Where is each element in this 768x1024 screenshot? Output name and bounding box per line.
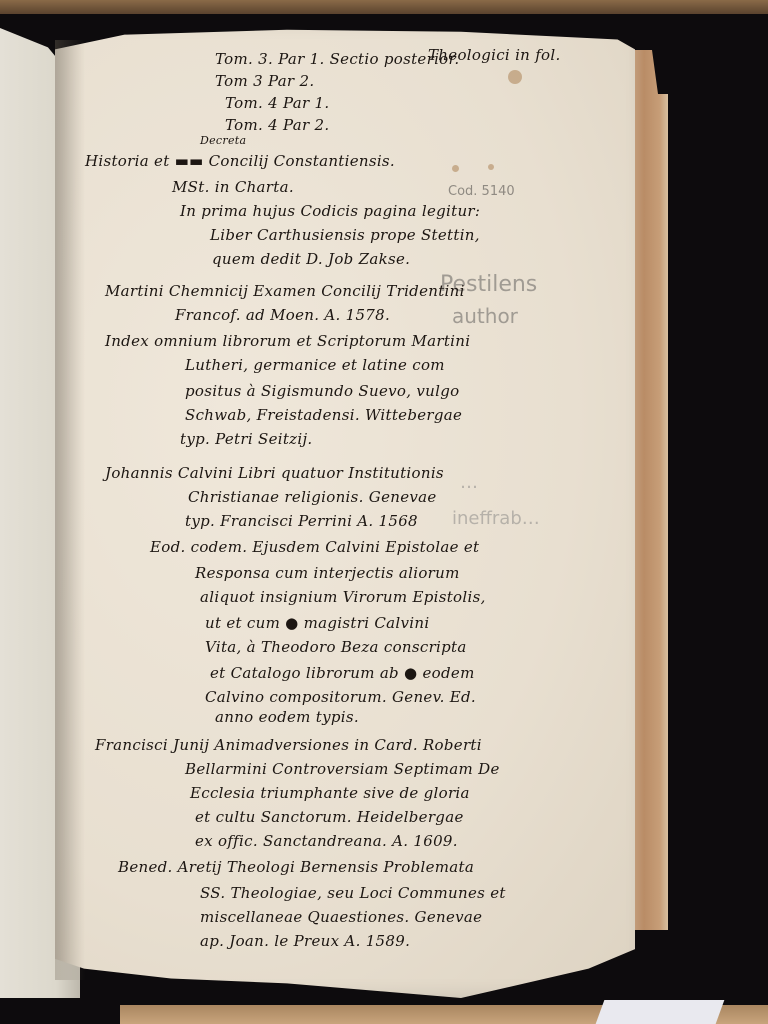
manuscript-line: Martini Chemnicij Examen Concilij Triden… <box>105 282 465 300</box>
manuscript-line: SS. Theologiae, seu Loci Communes et <box>200 884 506 902</box>
manuscript-line: positus à Sigismundo Suevo, vulgo <box>185 382 459 400</box>
manuscript-line: Christianae religionis. Genevae <box>188 488 437 506</box>
manuscript-line: Liber Carthusiensis prope Stettin, <box>210 226 480 244</box>
manuscript-line: Tom 3 Par 2. <box>215 72 314 90</box>
manuscript-line: Lutheri, germanice et latine com <box>185 356 445 374</box>
manuscript-line: Schwab, Freistadensi. Wittebergae <box>185 406 462 424</box>
ink-stain <box>452 165 459 172</box>
manuscript-line: Decreta <box>200 134 246 147</box>
manuscript-line: aliquot insignium Virorum Epistolis, <box>200 588 486 606</box>
manuscript-line: ap. Joan. le Preux A. 1589. <box>200 932 410 950</box>
manuscript-line: MSt. in Charta. <box>172 178 294 196</box>
manuscript-line: Historia et ▬▬ Concilij Constantiensis. <box>85 152 395 170</box>
manuscript-line: ex offic. Sanctandreana. A. 1609. <box>195 832 458 850</box>
manuscript-line: Responsa cum interjectis aliorum <box>195 564 460 582</box>
manuscript-line: Tom. 3. Par 1. Sectio posterior. <box>215 50 459 68</box>
gutter-shadow <box>55 40 85 980</box>
paper-corner <box>596 1000 725 1024</box>
manuscript-line: Tom. 4 Par 2. <box>225 116 329 134</box>
manuscript-line: typ. Petri Seitzij. <box>180 430 313 448</box>
manuscript-line: Bellarmini Controversiam Septimam De <box>185 760 500 778</box>
manuscript-line: ut et cum ● magistri Calvini <box>205 614 429 632</box>
manuscript-line: typ. Francisci Perrini A. 1568 <box>185 512 418 530</box>
manuscript-line: et cultu Sanctorum. Heidelbergae <box>195 808 464 826</box>
manuscript-line: Francisci Junij Animadversiones in Card.… <box>95 736 482 754</box>
manuscript-line: Ecclesia triumphante sive de gloria <box>190 784 470 802</box>
pencil-note: … <box>460 472 478 493</box>
manuscript-line: et Catalogo librorum ab ● eodem <box>210 664 475 682</box>
manuscript-line: quem dedit D. Job Zakse. <box>212 250 410 268</box>
manuscript-line: Eod. codem. Ejusdem Calvini Epistolae et <box>150 538 479 556</box>
manuscript-line: Francof. ad Moen. A. 1578. <box>175 306 390 324</box>
table-surface-top <box>0 0 768 14</box>
shelfmark-pencil: Cod. 5140 <box>448 184 515 199</box>
manuscript-line: In prima hujus Codicis pagina legitur: <box>180 202 480 220</box>
manuscript-line: Bened. Aretij Theologi Bernensis Problem… <box>118 858 474 876</box>
manuscript-line: Index omnium librorum et Scriptorum Mart… <box>105 332 470 350</box>
ink-stain <box>508 70 522 84</box>
ink-stain <box>488 164 494 170</box>
manuscript-line: Tom. 4 Par 1. <box>225 94 329 112</box>
pencil-note: ineffrab… <box>452 508 540 529</box>
manuscript-line: Calvino compositorum. Genev. Ed. <box>205 688 476 706</box>
manuscript-line: Vita, à Theodoro Beza conscripta <box>205 638 467 656</box>
manuscript-line: anno eodem typis. <box>215 708 359 726</box>
manuscript-line: miscellaneae Quaestiones. Genevae <box>200 908 482 926</box>
pencil-note: author <box>452 304 518 328</box>
manuscript-line: Johannis Calvini Libri quatuor Instituti… <box>105 464 444 482</box>
